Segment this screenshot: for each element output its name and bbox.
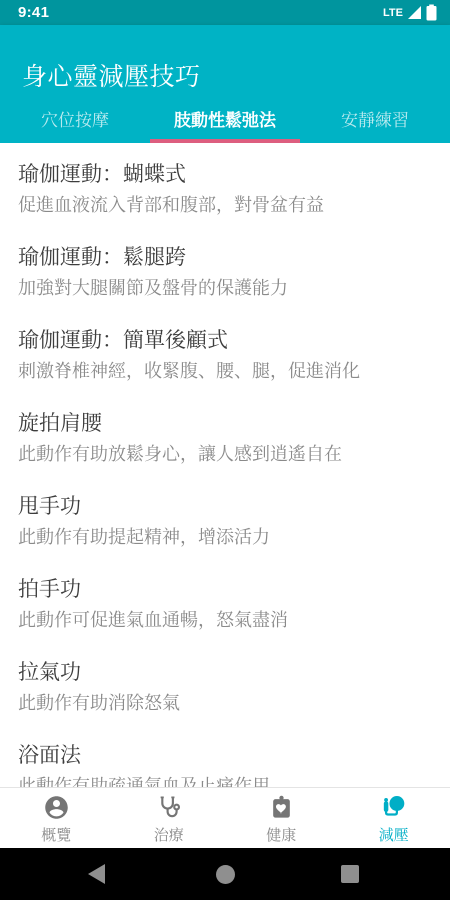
- nav-item-overview[interactable]: 概覽: [0, 788, 113, 848]
- status-time: 9:41: [18, 4, 49, 21]
- recents-square-icon: [341, 865, 359, 883]
- list-item-desc: 此動作有助疏通氣血及止痛作用: [18, 774, 432, 787]
- list-item-title: 瑜伽運動：鬆腿跨: [18, 245, 432, 271]
- list-item-title: 瑜伽運動：蝴蝶式: [18, 162, 432, 188]
- network-type-label: LTE: [383, 7, 403, 19]
- nav-item-stress-relief[interactable]: 減壓: [338, 788, 450, 848]
- list-item[interactable]: 拍手功 此動作可促進氣血通暢，怒氣盡消: [0, 558, 450, 641]
- back-triangle-icon: [88, 864, 105, 884]
- list-item-desc: 此動作有助提起精神，增添活力: [18, 525, 432, 549]
- list-item-desc: 刺激脊椎神經，收緊腹、腰、腿，促進消化: [18, 359, 432, 383]
- list-item-title: 浴面法: [18, 743, 432, 769]
- nav-label: 健康: [266, 824, 296, 845]
- nav-label: 治療: [154, 824, 184, 845]
- health-clipboard-icon: [268, 794, 295, 821]
- tab-quiet-practice[interactable]: 安靜練習: [300, 93, 450, 143]
- list-item[interactable]: 拉氣功 此動作有助消除怒氣: [0, 641, 450, 724]
- list-item[interactable]: 瑜伽運動：鬆腿跨 加強對大腿關節及盤骨的保護能力: [0, 226, 450, 309]
- home-circle-icon: [216, 865, 235, 884]
- tab-label: 穴位按摩: [41, 106, 109, 131]
- android-recents-button[interactable]: [341, 848, 359, 900]
- list-item-title: 瑜伽運動：簡單後顧式: [18, 328, 432, 354]
- technique-list[interactable]: 瑜伽運動：蝴蝶式 促進血液流入背部和腹部，對骨盆有益 瑜伽運動：鬆腿跨 加強對大…: [0, 143, 450, 787]
- nav-label: 減壓: [379, 824, 409, 845]
- app-bar: 身心靈減壓技巧 穴位按摩 肢動性鬆弛法 安靜練習: [0, 25, 450, 143]
- android-back-button[interactable]: [88, 848, 105, 900]
- tab-label: 肢動性鬆弛法: [174, 106, 276, 131]
- tab-label: 安靜練習: [341, 106, 409, 131]
- tab-bar: 穴位按摩 肢動性鬆弛法 安靜練習: [0, 93, 450, 143]
- account-icon: [43, 794, 70, 821]
- android-nav-bar: [0, 848, 450, 900]
- list-item[interactable]: 甩手功 此動作有助提起精神，增添活力: [0, 475, 450, 558]
- list-item-desc: 此動作有助消除怒氣: [18, 691, 432, 715]
- list-item[interactable]: 浴面法 此動作有助疏通氣血及止痛作用: [0, 724, 450, 787]
- bottom-nav: 概覽 治療 健康 減壓: [0, 787, 450, 848]
- status-icons: LTE: [383, 4, 437, 21]
- tab-dynamic-relaxation[interactable]: 肢動性鬆弛法: [150, 93, 300, 143]
- list-item-desc: 此動作有助放鬆身心，讓人感到逍遙自在: [18, 442, 432, 466]
- nav-item-treatment[interactable]: 治療: [113, 788, 226, 848]
- list-item-desc: 促進血液流入背部和腹部，對骨盆有益: [18, 193, 432, 217]
- page-title: 身心靈減壓技巧: [22, 57, 201, 93]
- tab-acupressure[interactable]: 穴位按摩: [0, 93, 150, 143]
- stethoscope-icon: [155, 794, 182, 821]
- android-home-button[interactable]: [216, 848, 235, 900]
- signal-icon: [407, 5, 422, 20]
- list-item[interactable]: 旋拍肩腰 此動作有助放鬆身心，讓人感到逍遙自在: [0, 392, 450, 475]
- list-item-title: 拉氣功: [18, 660, 432, 686]
- list-item-title: 旋拍肩腰: [18, 411, 432, 437]
- pressure-gauge-icon: [380, 794, 407, 821]
- battery-icon: [426, 4, 437, 21]
- list-item-title: 甩手功: [18, 494, 432, 520]
- list-item-title: 拍手功: [18, 577, 432, 603]
- list-item[interactable]: 瑜伽運動：蝴蝶式 促進血液流入背部和腹部，對骨盆有益: [0, 143, 450, 226]
- list-item-desc: 此動作可促進氣血通暢，怒氣盡消: [18, 608, 432, 632]
- nav-label: 概覽: [41, 824, 71, 845]
- list-item[interactable]: 瑜伽運動：簡單後顧式 刺激脊椎神經，收緊腹、腰、腿，促進消化: [0, 309, 450, 392]
- status-bar: 9:41 LTE: [0, 0, 450, 25]
- phone-screen: 9:41 LTE 身心靈減壓技巧 穴位按摩 肢動性鬆弛法 安靜練習: [0, 0, 450, 900]
- nav-item-health[interactable]: 健康: [225, 788, 338, 848]
- list-item-desc: 加強對大腿關節及盤骨的保護能力: [18, 276, 432, 300]
